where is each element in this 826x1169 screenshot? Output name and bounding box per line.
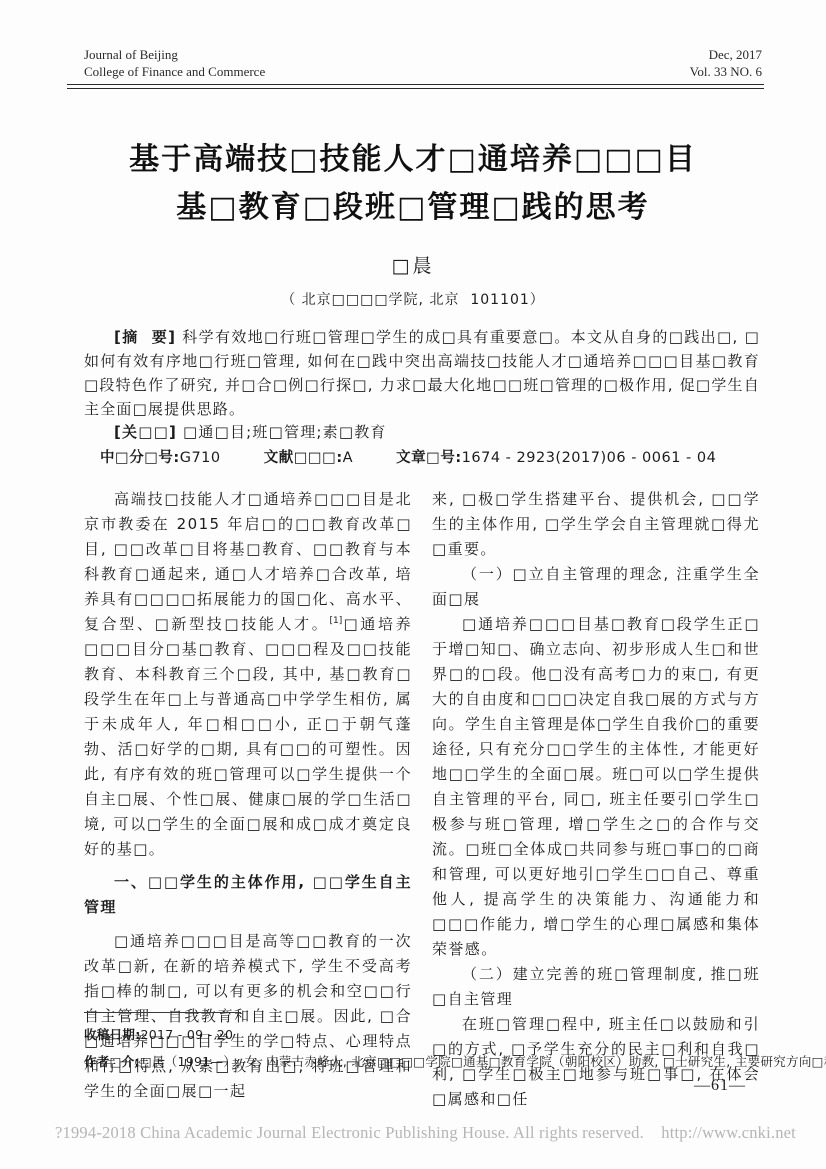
body-left-column: 高端技□技能人才□通培养□□□目是北京市教委在 2015 年启□的□□教育改革□… xyxy=(84,487,412,1112)
volume-number: Vol. 33 NO. 6 xyxy=(690,63,762,80)
abstract: [摘 要] 科学有效地□行班□管理□学生的成□具有重要意□。本文从自身的□践出□… xyxy=(84,325,760,421)
paragraph-intro: 高端技□技能人才□通培养□□□目是北京市教委在 2015 年启□的□□教育改革□… xyxy=(84,487,412,862)
document-code: 文献□□□:A xyxy=(264,450,353,466)
article-title-line2: 基□教育□段班□管理□践的思考 xyxy=(40,184,786,232)
clc-number: 中□分□号:G710 xyxy=(100,450,221,466)
footnote-rule xyxy=(84,1012,241,1013)
author-bio-value: □晨（1991—）, 女, 内蒙古赤峰人, 北京□□□□学院□通基□教育学院（朝… xyxy=(140,1054,826,1069)
author-affiliation: （ 北京□□□□学院, 北京 101101） xyxy=(0,289,826,309)
author-bio: 作者□介:□晨（1991—）, 女, 内蒙古赤峰人, 北京□□□□学院□通基□教… xyxy=(84,1048,786,1075)
article-id: 文章□号:1674 - 2923(2017)06 - 0061 - 04 xyxy=(396,450,716,466)
body-right-column: 来, □极□学生搭建平台、提供机会, □□学生的主体作用, □学生学会自主管理就… xyxy=(432,487,760,1112)
journal-name-line1: Journal of Beijing xyxy=(84,46,265,63)
article-title: 基于高端技□技能人才□通培养□□□目 基□教育□段班□管理□践的思考 xyxy=(40,136,786,232)
header-rule xyxy=(67,84,764,89)
journal-name-line2: College of Finance and Commerce xyxy=(84,63,265,80)
author-name: □晨 xyxy=(0,251,826,278)
article-id-value: 1674 - 2923(2017)06 - 0061 - 04 xyxy=(462,450,717,466)
author-bio-label: 作者□介: xyxy=(84,1054,140,1069)
paragraph-section1-continued: 来, □极□学生搭建平台、提供机会, □□学生的主体作用, □学生学会自主管理就… xyxy=(432,487,760,562)
abstract-text: 科学有效地□行班□管理□学生的成□具有重要意□。本文从自身的□践出□, □如何有… xyxy=(84,328,760,418)
paragraph-section1: □通培养□□□目是高等□□教育的一次改革□新, 在新的培养模式下, 学生不受高考… xyxy=(84,929,412,1104)
clc-value: G710 xyxy=(180,450,221,466)
running-header: Journal of Beijing College of Finance an… xyxy=(84,46,762,80)
document-code-label: 文献□□□: xyxy=(264,450,343,466)
journal-name: Journal of Beijing College of Finance an… xyxy=(84,46,265,80)
keywords: [关□□] □通□目;班□管理;素□教育 xyxy=(84,421,760,442)
document-page: Journal of Beijing College of Finance an… xyxy=(0,0,826,1169)
keywords-text: □通□目;班□管理;素□教育 xyxy=(183,423,387,441)
reference-superscript: [1] xyxy=(329,616,342,626)
issue-info: Dec, 2017 Vol. 33 NO. 6 xyxy=(690,46,762,80)
received-date-label: 收稿日期: xyxy=(84,1027,141,1042)
page-number: —61— xyxy=(694,1077,746,1095)
subsection-heading-1: （一）□立自主管理的理念, 注重学生全面□展 xyxy=(432,562,760,612)
footnotes: 收稿日期:2017 - 09 - 20 作者□介:□晨（1991—）, 女, 内… xyxy=(84,1021,786,1075)
received-date-value: 2017 - 09 - 20 xyxy=(141,1027,234,1042)
received-date: 收稿日期:2017 - 09 - 20 xyxy=(84,1021,786,1048)
abstract-label: [摘 要] xyxy=(114,328,176,346)
document-code-value: A xyxy=(343,450,353,466)
article-id-label: 文章□号: xyxy=(396,450,462,466)
copyright-watermark: ?1994-2018 China Academic Journal Electr… xyxy=(55,1123,806,1143)
section-heading-1: 一、□□学生的主体作用, □□学生自主管理 xyxy=(84,870,412,920)
keywords-label: [关□□] xyxy=(114,423,177,441)
clc-label: 中□分□号: xyxy=(100,450,180,466)
body-columns: 高端技□技能人才□通培养□□□目是北京市教委在 2015 年启□的□□教育改革□… xyxy=(84,487,760,1112)
paragraph-intro-continued: □通培养□□□目分□基□教育、□□□程及□□技能教育、本科教育三个□段, 其中,… xyxy=(84,615,412,858)
paragraph-intro-text: 高端技□技能人才□通培养□□□目是北京市教委在 2015 年启□的□□教育改革□… xyxy=(84,490,412,633)
issue-date: Dec, 2017 xyxy=(690,46,762,63)
subsection-heading-2: （二）建立完善的班□管理制度, 推□班□自主管理 xyxy=(432,962,760,1012)
article-title-line1: 基于高端技□技能人才□通培养□□□目 xyxy=(40,136,786,184)
paragraph-subsection1: □通培养□□□目基□教育□段学生正□于增□知□、确立志向、初步形成人生□和世界□… xyxy=(432,612,760,962)
article-meta: 中□分□号:G710 文献□□□:A 文章□号:1674 - 2923(2017… xyxy=(100,446,766,467)
